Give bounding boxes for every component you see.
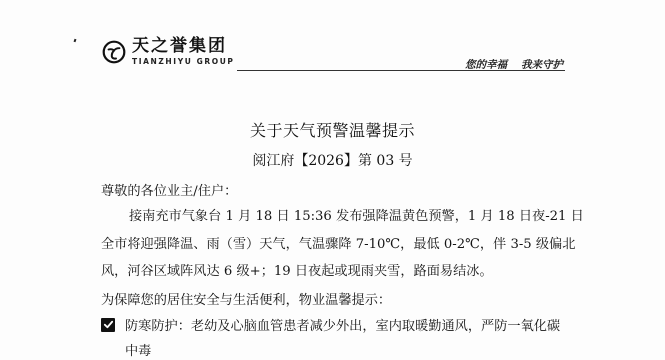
paragraph-line: 风，河谷区域阵风达 6 级+；19 日夜起或现雨夹雪，路面易结冰。 [101,260,571,279]
header-divider [237,70,565,71]
checkbox-checked-icon [101,318,115,332]
company-name-en: TIANZHIYU GROUP [132,58,235,66]
tips-intro: 为保障您的居住安全与生活便利，物业温馨提示： [101,289,571,308]
document-page: 天之誉集团 TIANZHIYU GROUP 您的幸福 我来守护 关于天气预警温馨… [0,0,665,360]
salutation: 尊敬的各位业主/住户： [101,180,571,199]
scan-speck [74,39,77,43]
tianzhiyu-logo-icon [102,40,126,64]
notice-title: 关于天气预警温馨提示 [0,118,665,141]
document-number: 阅江府【2026】第 03 号 [0,150,665,170]
company-logo: 天之誉集团 TIANZHIYU GROUP [102,38,235,66]
tip-text-continued: 中毒 [125,340,151,359]
tip-text: 防寒防护：老幼及心脑血管患者减少外出，室内取暖勤通风，严防一氧化碳 [125,315,560,334]
tip-item: 防寒防护：老幼及心脑血管患者减少外出，室内取暖勤通风，严防一氧化碳 [101,315,560,334]
company-name-cn: 天之誉集团 [132,38,235,55]
paragraph-line: 全市将迎强降温、雨（雪）天气，气温骤降 7-10℃，最低 0-2℃，伴 3-5 … [101,233,571,252]
paragraph-line: 接南充市气象台 1 月 18 日 15:36 发布强降温黄色预警，1 月 18 … [129,205,599,224]
